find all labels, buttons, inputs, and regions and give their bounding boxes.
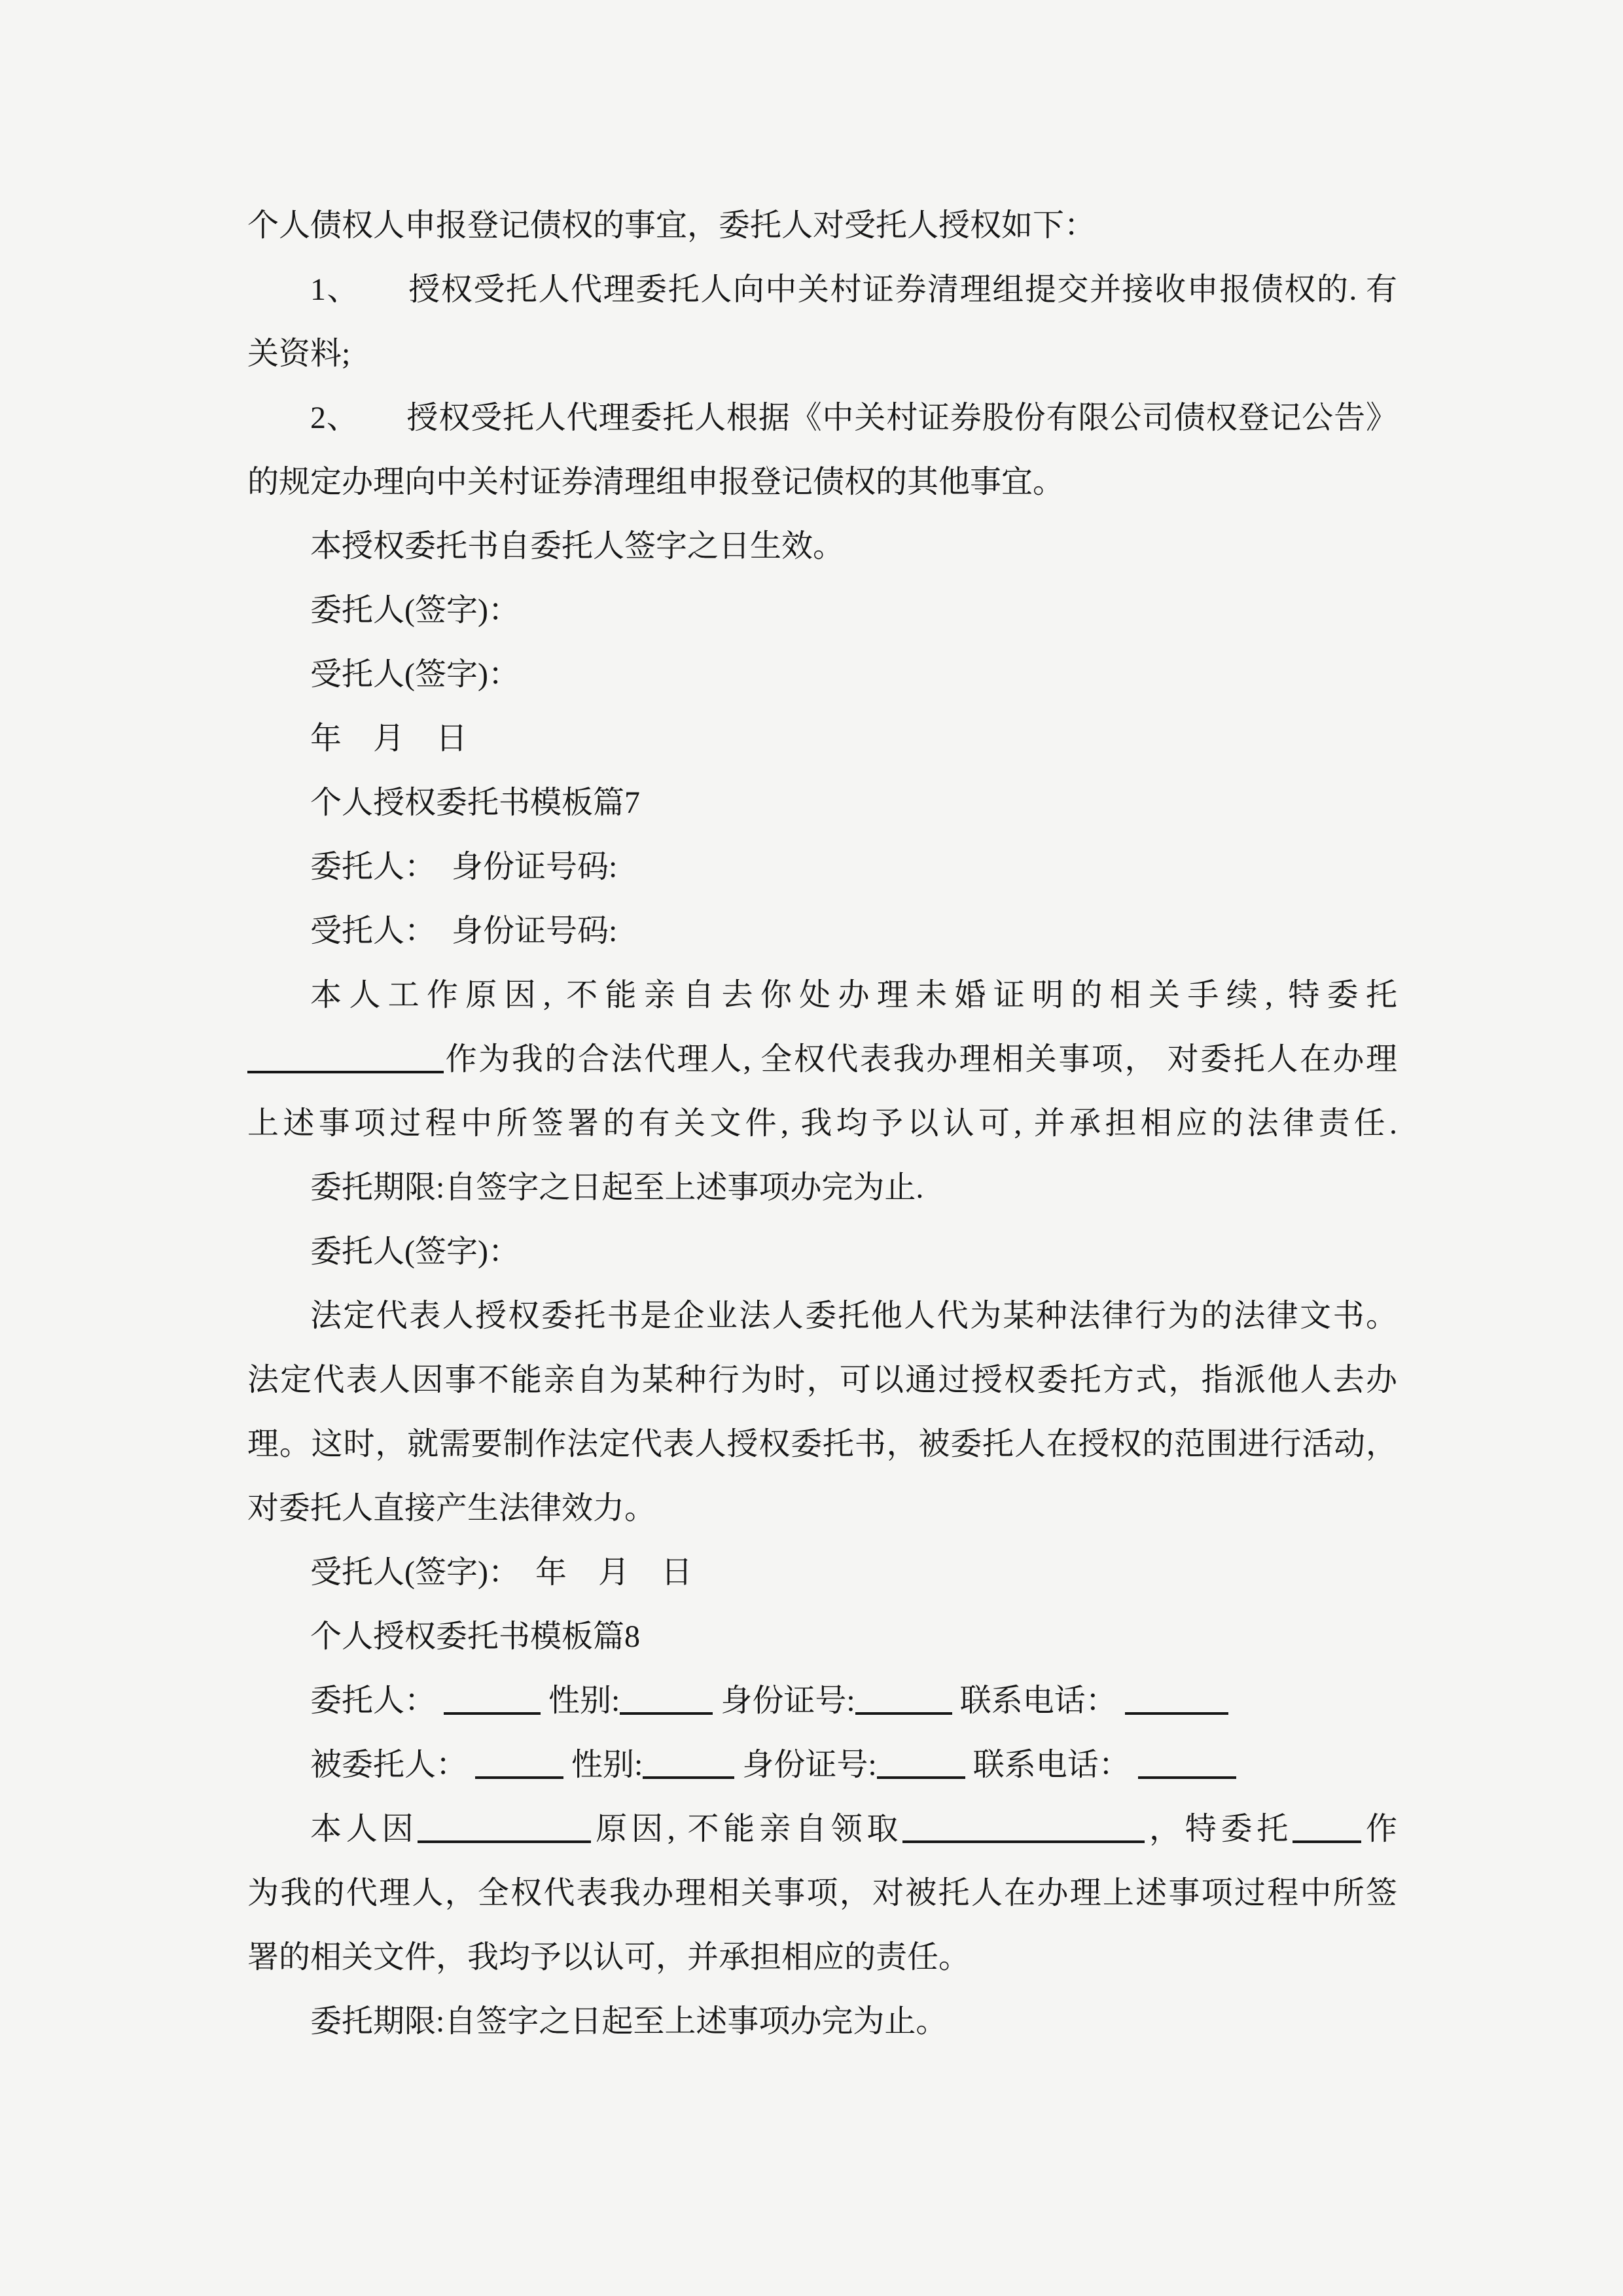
text-run: 联系电话： <box>952 1683 1125 1718</box>
doc-line: 委托人(签字)： <box>247 579 1397 643</box>
fill-in-blank <box>877 1745 965 1779</box>
text-run: 个人授权委托书模板篇8 <box>310 1619 640 1654</box>
fill-in-blank <box>418 1809 591 1843</box>
fill-in-blank <box>1125 1681 1228 1715</box>
fill-in-blank <box>247 1039 444 1073</box>
doc-line: 个人授权委托书模板篇7 <box>247 771 1397 835</box>
doc-line: 本人因原因, 不能亲自领取，特委托作 <box>247 1797 1397 1861</box>
text-run: 作 <box>1361 1812 1397 1846</box>
document-page: 个人债权人申报登记债权的事宜，委托人对受托人授权如下：1、 授权受托人代理委托人… <box>0 0 1623 2296</box>
text-run: 理。这时，就需要制作法定代表人授权委托书，被委托人在授权的范围进行活动， <box>247 1427 1397 1462</box>
doc-line: 受托人： 身份证号码: <box>247 899 1397 963</box>
doc-line: 作为我的合法代理人, 全权代表我办理相关事项， 对委托人在办理 <box>247 1028 1397 1092</box>
text-run: 的规定办理向中关村证券清理组申报登记债权的其他事宜。 <box>247 465 1064 499</box>
text-run: 本授权委托书自委托人签字之日生效。 <box>310 529 844 564</box>
text-run: 委托人： 身份证号码: <box>310 850 617 884</box>
text-run: 关资料; <box>247 336 350 371</box>
doc-line: 的规定办理向中关村证券清理组申报登记债权的其他事宜。 <box>247 450 1397 514</box>
text-run: 为我的代理人，全权代表我办理相关事项，对被托人在办理上述事项过程中所签 <box>247 1876 1397 1910</box>
text-run: 被委托人： <box>310 1748 475 1782</box>
doc-line: 2、 授权受托人代理委托人根据《中关村证券股份有限公司债权登记公告》 <box>247 386 1397 450</box>
text-run: 原因, 不能亲自领取 <box>591 1812 902 1846</box>
doc-line: 年 月 日 <box>247 707 1397 771</box>
text-run: ，特委托 <box>1145 1812 1293 1846</box>
text-run: 性别: <box>563 1748 643 1782</box>
text-run: 作为我的合法代理人, 全权代表我办理相关事项， 对委托人在办理 <box>444 1042 1397 1077</box>
doc-line: 被委托人： 性别: 身份证号: 联系电话： <box>247 1733 1397 1797</box>
text-run: 联系电话： <box>965 1748 1138 1782</box>
fill-in-blank <box>1138 1745 1236 1779</box>
doc-line: 本授权委托书自委托人签字之日生效。 <box>247 514 1397 579</box>
doc-line: 法定代表人授权委托书是企业法人委托他人代为某种法律行为的法律文书。 <box>247 1284 1397 1348</box>
text-run: 受托人(签字)： 年 月 日 <box>310 1555 692 1590</box>
text-run: 委托期限:自签字之日起至上述事项办完为止. <box>310 1170 923 1205</box>
doc-line: 为我的代理人，全权代表我办理相关事项，对被托人在办理上述事项过程中所签 <box>247 1861 1397 1926</box>
doc-line: 对委托人直接产生法律效力。 <box>247 1477 1397 1541</box>
doc-line: 署的相关文件，我均予以认可，并承担相应的责任。 <box>247 1926 1397 1990</box>
text-run: 受托人： 身份证号码: <box>310 914 617 948</box>
doc-line: 法定代表人因事不能亲自为某种行为时，可以通过授权委托方式，指派他人去办 <box>247 1348 1397 1412</box>
text-run: 身份证号: <box>713 1683 855 1718</box>
doc-line: 上述事项过程中所签署的有关文件, 我均予以认可, 并承担相应的法律责任. <box>247 1092 1397 1156</box>
text-run: 法定代表人因事不能亲自为某种行为时，可以通过授权委托方式，指派他人去办 <box>247 1363 1397 1397</box>
text-run: 委托人(签字)： <box>310 1234 520 1269</box>
doc-line: 委托人： 身份证号码: <box>247 835 1397 899</box>
doc-line: 受托人(签字)： <box>247 643 1397 707</box>
document-text: 个人债权人申报登记债权的事宜，委托人对受托人授权如下：1、 授权受托人代理委托人… <box>0 0 1623 2296</box>
fill-in-blank <box>475 1745 563 1779</box>
text-run: 身份证号: <box>734 1748 876 1782</box>
text-run: 个人授权委托书模板篇7 <box>310 785 640 820</box>
text-run: 1、 授权受托人代理委托人向中关村证券清理组提交并接收申报债权的. 有 <box>310 272 1397 307</box>
text-run: 委托人： <box>310 1683 444 1718</box>
text-run: 委托人(签字)： <box>310 593 520 628</box>
doc-line: 理。这时，就需要制作法定代表人授权委托书，被委托人在授权的范围进行活动， <box>247 1412 1397 1477</box>
fill-in-blank <box>855 1681 952 1715</box>
doc-line: 1、 授权受托人代理委托人向中关村证券清理组提交并接收申报债权的. 有 <box>247 258 1397 322</box>
text-run: 性别: <box>541 1683 620 1718</box>
text-run: 上述事项过程中所签署的有关文件, 我均予以认可, 并承担相应的法律责任. <box>247 1106 1397 1141</box>
doc-line: 关资料; <box>247 322 1397 386</box>
doc-line: 委托期限:自签字之日起至上述事项办完为止. <box>247 1156 1397 1220</box>
text-run: 法定代表人授权委托书是企业法人委托他人代为某种法律行为的法律文书。 <box>310 1299 1397 1333</box>
text-run: 本人因 <box>310 1812 418 1846</box>
doc-line: 个人债权人申报登记债权的事宜，委托人对受托人授权如下： <box>247 194 1397 258</box>
text-run: 受托人(签字)： <box>310 657 520 692</box>
text-run: 本人工作原因, 不能亲自去你处办理未婚证明的相关手续, 特委托 <box>310 978 1397 1013</box>
text-run: 对委托人直接产生法律效力。 <box>247 1491 656 1526</box>
doc-line: 委托人(签字)： <box>247 1220 1397 1284</box>
doc-line: 受托人(签字)： 年 月 日 <box>247 1541 1397 1605</box>
text-run: 2、 授权受托人代理委托人根据《中关村证券股份有限公司债权登记公告》 <box>310 401 1397 435</box>
text-run: 署的相关文件，我均予以认可，并承担相应的责任。 <box>247 1940 970 1975</box>
text-run: 委托期限:自签字之日起至上述事项办完为止。 <box>310 2004 947 2039</box>
fill-in-blank <box>902 1809 1145 1843</box>
text-run: 个人债权人申报登记债权的事宜，委托人对受托人授权如下： <box>247 208 1096 243</box>
fill-in-blank <box>620 1681 713 1715</box>
doc-line: 委托期限:自签字之日起至上述事项办完为止。 <box>247 1990 1397 2054</box>
doc-line: 个人授权委托书模板篇8 <box>247 1605 1397 1669</box>
text-run: 年 月 日 <box>310 721 467 756</box>
fill-in-blank <box>444 1681 541 1715</box>
doc-line: 委托人： 性别: 身份证号: 联系电话： <box>247 1669 1397 1733</box>
doc-line: 本人工作原因, 不能亲自去你处办理未婚证明的相关手续, 特委托 <box>247 963 1397 1028</box>
fill-in-blank <box>1293 1809 1361 1843</box>
fill-in-blank <box>643 1745 734 1779</box>
